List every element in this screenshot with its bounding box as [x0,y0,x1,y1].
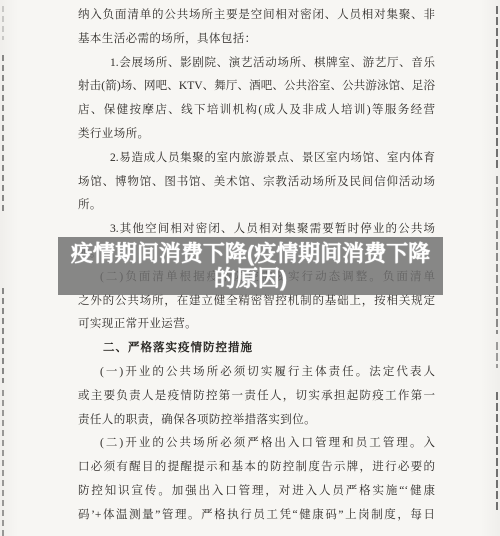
scan-artifact-right [496,392,498,510]
document-line: 场馆、博物馆、图书馆、美术馆、宗教活动场所及民间信仰活动场 [78,171,435,195]
document-line: 店、保健按摩店、线下培训机构(成人及非成人培训)等服务经营 [78,99,435,123]
document-line: 口必须有醒目的提醒提示和基本的防控制度告示牌，进行必要的 [78,456,435,480]
scan-artifact-left [2,55,4,215]
document-line: (一)开业的公共场所必须切实履行主体责任。法定代表人 [78,361,435,385]
document-line: 二、严格落实疫情防控措施 [78,337,435,361]
scan-artifact-left [2,390,4,536]
scan-artifact-left [2,288,4,383]
document-line: 类行业场所。 [78,123,435,147]
document-line: 纳入负面清单的公共场所主要是空间相对密闭、人员相对集聚、非 [78,4,435,28]
document-line: 或主要负责人是疫情防控第一责任人，切实承担起防疫工作第一 [78,385,435,409]
document-line: 1.会展场所、影剧院、演艺活动场所、棋牌室、游艺厅、音乐厅、 [78,52,435,76]
scan-artifact-right [496,342,498,368]
document-line: 所。 [78,194,435,218]
headline-overlay-title-line: 的原因) [214,266,287,291]
document-line: 防控知识宣传。加强出入口管理，对进入人员严格实施“‘健康 [78,480,435,504]
document-line: 基本生活必需的场所，具体包括： [78,28,435,52]
scanned-document-page: 纳入负面清单的公共场所主要是空间相对密闭、人员相对集聚、非基本生活必需的场所，具… [0,0,500,536]
document-line: (二)开业的公共场所必须严格出入口管理和员工管理。入 [78,432,435,456]
headline-overlay: 疫情期间消费下降(疫情期间消费下降的原因) [58,237,443,295]
scan-artifact-right [496,176,498,334]
document-line: 射击(箭)场、网吧、KTV、舞厅、酒吧、公共浴室、公共游泳馆、足浴 [78,75,435,99]
headline-overlay-title-line: 疫情期间消费下降(疫情期间消费下降 [71,241,430,266]
scan-artifact-left [2,6,4,40]
document-line: 2.易造成人员集聚的室内旅游景点、景区室内场馆、室内体育 [78,147,435,171]
document-line: 责任人的职责，确保各项防控举措落实到位。 [78,409,435,433]
document-line: 码’+体温测量”管理。严格执行员工凭“健康码”上岗制度，每日 [78,504,435,528]
document-line: 可实现正常开业运营。 [78,313,435,337]
scan-artifact-right [496,6,498,168]
